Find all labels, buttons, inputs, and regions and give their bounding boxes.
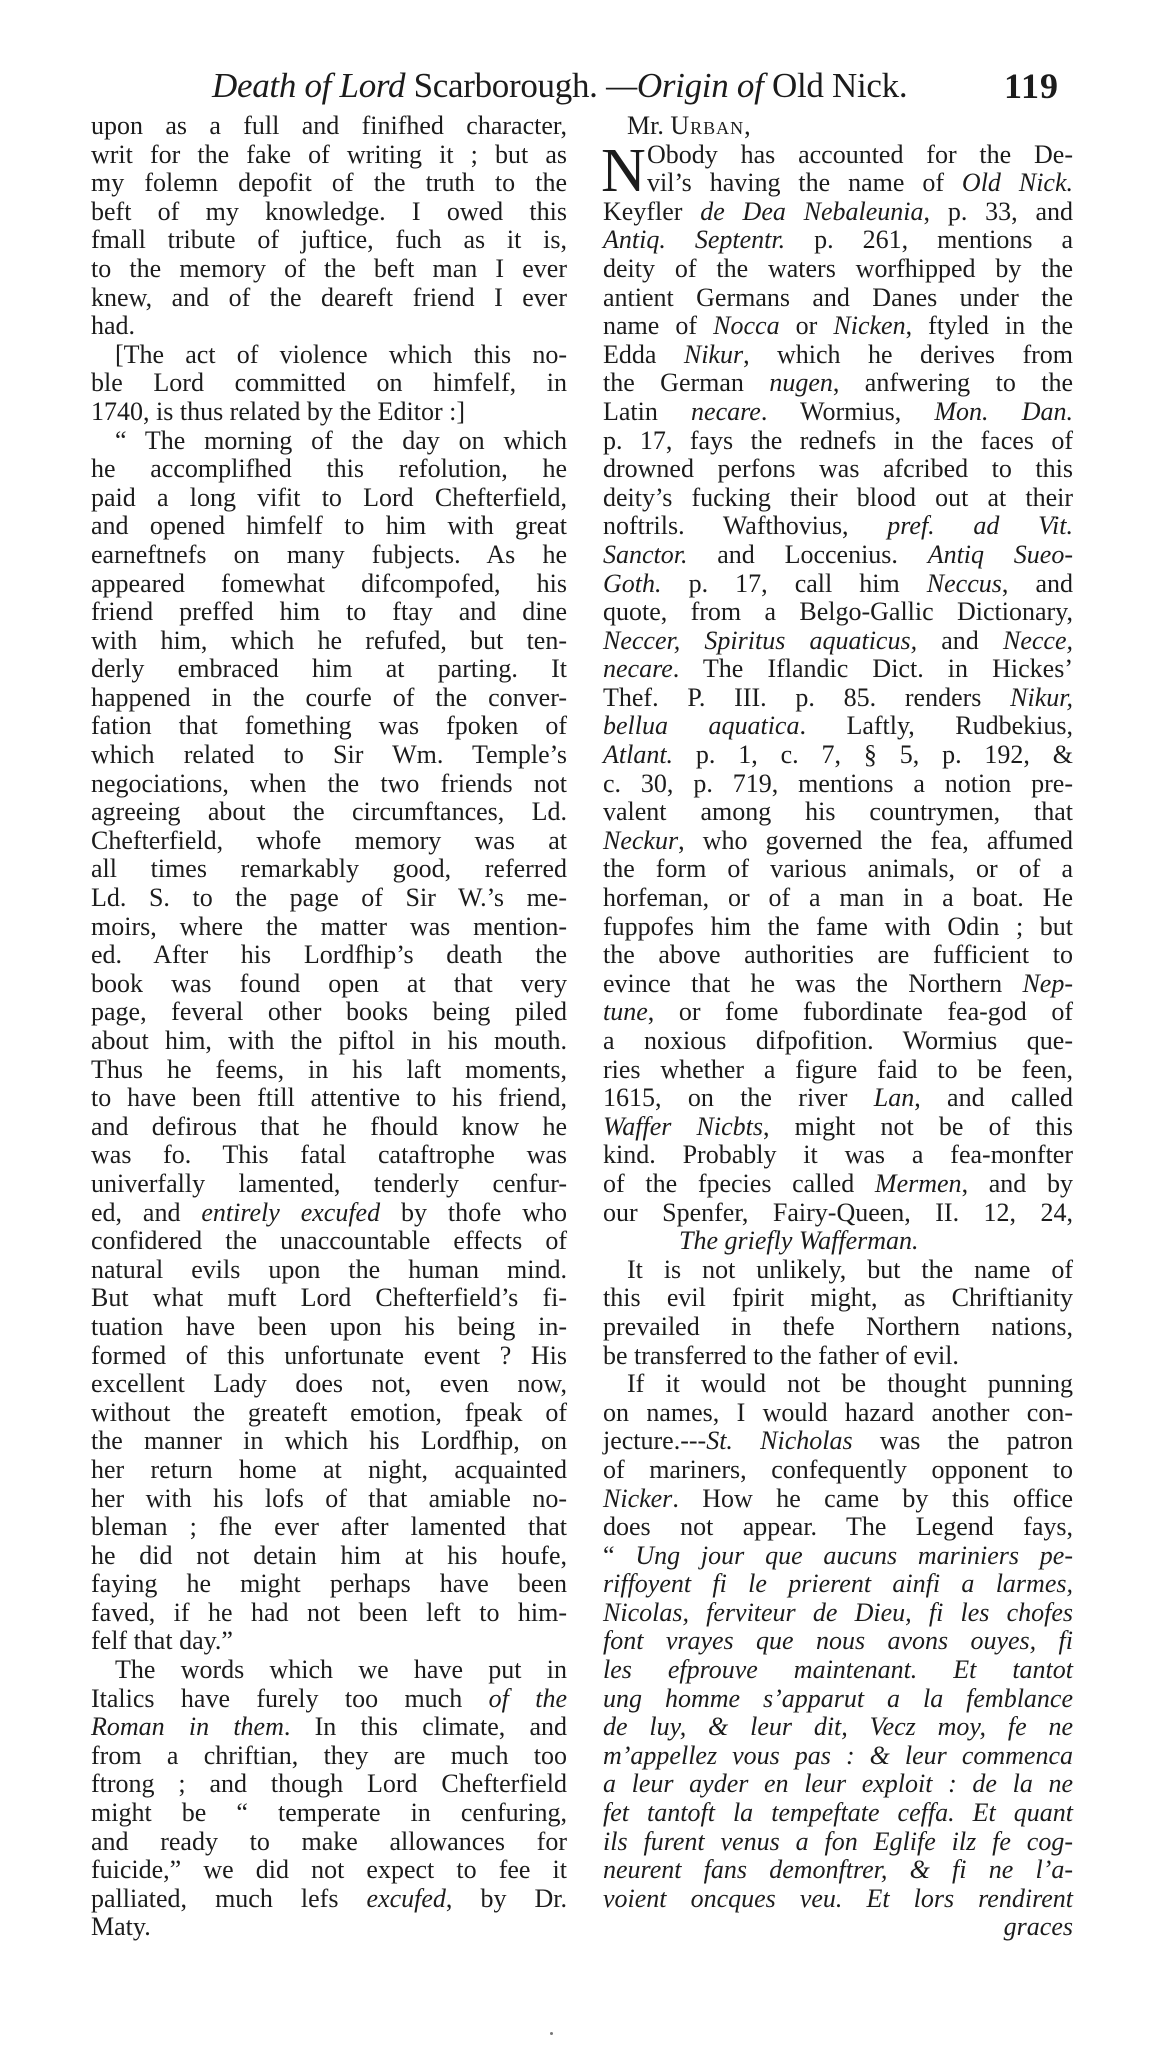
text-line: faying he might perhaps have been [91,1570,567,1599]
roman-run: and Loccenius. [688,540,928,569]
text-line: [The act of violence which this no- [91,341,567,370]
roman-run: 1615, on the river [603,1083,874,1112]
text-line: derly embraced him at parting. It [91,655,567,684]
text-line: ries whether a figure faid to be feen, [603,1056,1073,1085]
text-line: paid a long vifit to Lord Chefterfield, [91,484,567,513]
italic-run: a leur ayder en leur exploit : de la ne [603,1769,1073,1798]
roman-run: , or fome fubordinate fea-god of [648,997,1073,1026]
text-line: moirs, where the matter was mention- [91,913,567,942]
running-head-italic-1: Death of Lord [212,66,405,105]
text-line: The words which we have put in [91,1656,567,1685]
italic-run: Nicker [603,1484,672,1513]
text-line: vil’s having the name of Old Nick. [603,169,1073,198]
text-line: Latin necare. Wormius, Mon. Dan. [603,398,1073,427]
text-line: and opened himfelf to him with great [91,512,567,541]
italic-run: entirely excufed [201,1198,380,1227]
running-head-italic-2: —Origin of [606,66,763,105]
roman-run: , who governed the fea, affumed [678,826,1073,855]
text-line: happened in the courfe of the conver- [91,684,567,713]
text-line: necare. The Iflandic Dict. in Hickes’ [603,655,1073,684]
roman-run: Italics have furely too much [91,1684,489,1713]
roman-run: . Laftly, Rudbekius, [799,711,1073,740]
roman-run: , ftyled in the [906,311,1073,340]
text-line: felf that day.” [91,1627,567,1656]
italic-run: excufed [367,1884,446,1913]
text-line: noftrils. Wafthovius, pref. ad Vit. [603,512,1073,541]
text-line: Thef. P. III. p. 85. renders Nikur, [603,684,1073,713]
roman-run: or [780,311,834,340]
running-head-roman-2: Old Nick. [764,66,908,105]
text-line: and ready to make allowances for [91,1828,567,1857]
text-line: had. [91,312,567,341]
text-line: deity’s fucking their blood out at their [603,484,1073,513]
italic-run: Mon. Dan. [934,397,1073,426]
text-line: name of Nocca or Nicken, ftyled in the [603,312,1073,341]
text-line: page, feveral other books being piled [91,998,567,1027]
italic-run: Neckur [603,826,678,855]
text-line: friend preffed him to ftay and dine [91,598,567,627]
text-line: excellent Lady does not, even now, [91,1370,567,1399]
roman-run: . In this climate, and [284,1712,567,1741]
roman-run: . Wormius, [761,397,935,426]
text-line: ble Lord committed on himfelf, in [91,369,567,398]
roman-run: , anfwering to the [833,368,1073,397]
salutation-name: Urban [670,111,744,140]
text-line: he did not detain him at his houfe, [91,1542,567,1571]
italic-run: Sanctor. [603,540,688,569]
text-line: her return home at night, acquainted [91,1456,567,1485]
text-line: fation that fomething was fpoken of [91,712,567,741]
text-line: to have been ftill attentive to his frie… [91,1084,567,1113]
text-line: It is not unlikely, but the name of [603,1256,1073,1285]
text-line: ils furent venus a fon Eglife ilz fe cog… [603,1828,1073,1857]
text-line: Antiq. Septentr. p. 261, mentions a [603,226,1073,255]
text-line: all times remarkably good, referred [91,855,567,884]
italic-run: Neccer, Spiritus aquaticus, [603,626,917,655]
text-line: The griefly Wafferman. [603,1227,1073,1256]
roman-run: . How he came by this office [672,1484,1073,1513]
text-line: univerfally lamented, tenderly cenfur- [91,1170,567,1199]
roman-run: p. 261, mentions a [785,225,1073,254]
roman-run: noftrils. Wafthovius, [603,511,887,540]
text-line: about him, with the piftol in his mouth. [91,1027,567,1056]
text-line: natural evils upon the human mind. [91,1256,567,1285]
text-line: fmall tribute of juftice, fuch as it is, [91,226,567,255]
roman-run: of the fpecies called [603,1169,875,1198]
italic-run: Old Nick. [962,168,1073,197]
text-line: quote, from a Belgo-Gallic Dictionary, [603,598,1073,627]
roman-run: , and by [962,1169,1073,1198]
italic-run: Neccus [927,569,1002,598]
text-line: tune, or fome fubordinate fea-god of [603,998,1073,1027]
italic-run: Necce, [1003,626,1073,655]
italic-run: fet tantoft la tempeftate ceffa. Et quan… [603,1798,1073,1827]
italic-run: neurent fans demonftrer, & fi ne l’a- [603,1855,1073,1884]
text-line: he accomplifhed this refolution, he [91,455,567,484]
italic-run: Nikur, [1010,683,1073,712]
italic-run: font vrayes que nous avons ouyes, fi [603,1626,1073,1655]
italic-run: voient oncques veu. Et lors rendirent [603,1884,1073,1913]
text-line: Goth. p. 17, call him Neccus, and [603,570,1073,599]
text-line: Maty. [91,1913,567,1942]
roman-run: , might not be of this [763,1112,1073,1141]
roman-run: , which he derives from [743,340,1073,369]
italic-run: Lan [874,1083,914,1112]
text-line: formed of this unfortunate event ? His [91,1342,567,1371]
roman-run: , p. 33, and [924,197,1073,226]
italic-run: nugen [769,368,833,397]
drop-cap-block: N Obody has accounted for the De-vil’s h… [603,141,1073,1914]
text-line: Neckur, who governed the fea, affumed [603,827,1073,856]
text-line: Sanctor. and Loccenius. Antiq Sueo- [603,541,1073,570]
text-line: was fo. This fatal cataftrophe was [91,1141,567,1170]
roman-run: , and called [914,1083,1073,1112]
text-line: the manner in which his Lordfhip, on [91,1427,567,1456]
roman-run: name of [603,311,713,340]
text-line: with him, which he refufed, but ten- [91,627,567,656]
text-line: the German nugen, anfwering to the [603,369,1073,398]
text-line: bleman ; fhe ever after lamented that [91,1513,567,1542]
italic-run: necare [691,397,761,426]
salutation-prefix: Mr. [627,111,670,140]
italic-run: Nicken [833,311,905,340]
text-line: fet tantoft la tempeftate ceffa. Et quan… [603,1799,1073,1828]
text-line: Italics have furely too much of the [91,1685,567,1714]
text-line: c. 30, p. 719, mentions a notion pre- [603,770,1073,799]
roman-run: Edda [603,340,684,369]
roman-run: Thef. P. III. p. 85. renders [603,683,1010,712]
text-line: a noxious difpofition. Wormius que- [603,1027,1073,1056]
italic-run: of the [489,1684,567,1713]
text-line: without the greateft emotion, fpeak of [91,1399,567,1428]
right-column: Mr. Urban, N Obody has accounted for the… [603,112,1073,1942]
text-line: to the memory of the beft man I ever [91,255,567,284]
text-line: Chefterfield, whofe memory was at [91,827,567,856]
roman-run: palliated, much lefs [91,1884,367,1913]
roman-run: p. 1, c. 7, § 5, p. 192, & [673,740,1073,769]
text-line: If it would not be thought punning [603,1370,1073,1399]
text-line: fuppofes him the fame with Odin ; but [603,913,1073,942]
text-line: voient oncques veu. Et lors rendirent [603,1885,1073,1914]
text-line: horfeman, or of a man in a boat. He [603,884,1073,913]
italic-run: Roman in them [91,1712,284,1741]
italic-run: bellua aquatica [603,711,799,740]
italic-run: St. Nicholas [706,1426,852,1455]
text-line: the form of various animals, or of a [603,855,1073,884]
italic-run: m’appellez vous pas : & leur commenca [603,1741,1073,1770]
text-line: neurent fans demonftrer, & fi ne l’a- [603,1856,1073,1885]
text-line: riffoyent fi le prierent ainfi a larmes, [603,1570,1073,1599]
italic-run: riffoyent fi le prierent ainfi a larmes, [603,1569,1073,1598]
salutation-suffix: , [744,111,751,140]
roman-run: the German [603,368,769,397]
text-line: jecture.---St. Nicholas was the patron [603,1427,1073,1456]
roman-run: by thofe who [380,1198,567,1227]
roman-run: was the patron [853,1426,1073,1455]
text-line: tuation have been upon his being in- [91,1313,567,1342]
text-line: might be “ temperate in cenfuring, [91,1799,567,1828]
text-line: from a chriftian, they are much too [91,1742,567,1771]
text-line: a leur ayder en leur exploit : de la ne [603,1770,1073,1799]
text-line: les efprouve maintenant. Et tantot [603,1656,1073,1685]
text-line: confidered the unaccountable effects of [91,1227,567,1256]
roman-run: vil’s having the name of [647,168,962,197]
text-line: m’appellez vous pas : & leur commenca [603,1742,1073,1771]
text-line: the above authorities are fufficient to [603,941,1073,970]
text-line: ung homme s’apparut a la femblance [603,1685,1073,1714]
italic-run: Goth. [603,569,662,598]
text-line: 1740, is thus related by the Editor :] [91,398,567,427]
text-line: my folemn depofit of the truth to the [91,169,567,198]
text-line: fuicide,” we did not expect to fee it [91,1856,567,1885]
italic-run: pref. ad Vit. [887,511,1073,540]
text-line: Thus he feems, in his laft moments, [91,1056,567,1085]
italic-run: Nikur [684,340,743,369]
text-line: 1615, on the river Lan, and called [603,1084,1073,1113]
italic-run: Ung jour que aucuns mariniers pe- [635,1541,1073,1570]
italic-run: The griefly Wafferman. [679,1226,919,1255]
text-line: Neccer, Spiritus aquaticus, and Necce, [603,627,1073,656]
text-line: ed. After his Lordfhip’s death the [91,941,567,970]
text-line: kind. Probably it was a fea-monfter [603,1141,1073,1170]
text-line: on names, I would hazard another con- [603,1399,1073,1428]
text-line: Keyfler de Dea Nebaleunia, p. 33, and [603,198,1073,227]
text-line: our Spenfer, Fairy-Queen, II. 12, 24, [603,1199,1073,1228]
text-line: evince that he was the Northern Nep- [603,970,1073,999]
text-line: book was found open at that very [91,970,567,999]
text-line: valent among his countrymen, that [603,798,1073,827]
text-line: “ Ung jour que aucuns mariniers pe- [603,1542,1073,1571]
text-line: knew, and of the deareft friend I ever [91,284,567,313]
text-line: Roman in them. In this climate, and [91,1713,567,1742]
roman-run: . The Iflandic Dict. in Hickes’ [673,654,1073,683]
text-line: Obody has accounted for the De- [603,141,1073,170]
drop-cap: N [601,145,646,197]
text-line: and defirous that he fhould know he [91,1113,567,1142]
italic-run: necare [603,654,673,683]
text-line: her with his lofs of that amiable no- [91,1485,567,1514]
roman-run: p. 17, call him [662,569,927,598]
text-line: writ for the fake of writing it ; but as [91,141,567,170]
text-line: Waffer Nicbts, might not be of this [603,1113,1073,1142]
right-column-lines: Obody has accounted for the De-vil’s hav… [603,141,1073,1914]
text-line: ed, and entirely excufed by thofe who [91,1199,567,1228]
text-line: be transferred to the father of evil. [603,1342,1073,1371]
text-line: “ The morning of the day on which [91,427,567,456]
roman-run: evince that he was the Northern [603,969,1022,998]
roman-run: jecture.--- [603,1426,706,1455]
text-line: earneftnefs on many fubjects. As he [91,541,567,570]
text-line: appeared fomewhat difcompofed, his [91,570,567,599]
italic-run: ils furent venus a fon Eglife ilz fe cog… [603,1827,1073,1856]
roman-run: , and [1002,569,1073,598]
text-line: upon as a full and finifhed character, [91,112,567,141]
roman-run: Latin [603,397,691,426]
text-line: of the fpecies called Mermen, and by [603,1170,1073,1199]
text-line: bellua aquatica. Laftly, Rudbekius, [603,712,1073,741]
text-line: Atlant. p. 1, c. 7, § 5, p. 192, & [603,741,1073,770]
text-line: But what muft Lord Chefterfield’s fi- [91,1284,567,1313]
text-line: p. 17, fays the rednefs in the faces of [603,427,1073,456]
italic-run: Nocca [713,311,779,340]
italic-run: de Dea Nebaleunia [700,197,923,226]
italic-run: Antiq Sueo- [928,540,1073,569]
italic-run: les efprouve maintenant. Et tantot [603,1655,1073,1684]
italic-run: Nep- [1022,969,1073,998]
text-line: beft of my knowledge. I owed this [91,198,567,227]
text-line: of mariners, confequently opponent to [603,1456,1073,1485]
text-line: palliated, much lefs excufed, by Dr. [91,1885,567,1914]
italic-run: Atlant. [603,740,673,769]
text-line: Nicolas, ferviteur de Dieu, fi les chofe… [603,1599,1073,1628]
text-line: agreeing about the circumftances, Ld. [91,798,567,827]
roman-run: and [917,626,1003,655]
running-head: Death of Lord Scarborough. —Origin of Ol… [212,64,907,108]
text-line: Ld. S. to the page of Sir W.’s me- [91,884,567,913]
text-line: prevailed in thefe Northern nations, [603,1313,1073,1342]
italic-run: ung homme s’apparut a la femblance [603,1684,1073,1713]
text-line: does not appear. The Legend fays, [603,1513,1073,1542]
text-line: Nicker. How he came by this office [603,1485,1073,1514]
running-head-roman-1: Scarborough. [405,66,606,105]
text-line: which related to Sir Wm. Temple’s [91,741,567,770]
roman-run: “ [603,1541,635,1570]
text-line: antient Germans and Danes under the [603,284,1073,313]
catchword: graces [603,1913,1073,1942]
text-line: drowned perfons was afcribed to this [603,455,1073,484]
italic-run: Waffer Nicbts [603,1112,763,1141]
page-speck [550,2032,553,2035]
italic-run: Mermen [875,1169,962,1198]
roman-run: , by Dr. [446,1884,567,1913]
left-column: upon as a full and finifhed character,wr… [91,112,567,1942]
page-number: 119 [1004,64,1059,108]
page-header: Death of Lord Scarborough. —Origin of Ol… [0,0,1170,120]
italic-run: Antiq. Septentr. [603,225,785,254]
text-line: de luy, & leur dit, Vecz moy, fe ne [603,1713,1073,1742]
italic-run: tune [603,997,648,1026]
text-line: this evil fpirit might, as Chriftianity [603,1284,1073,1313]
italic-run: de luy, & leur dit, Vecz moy, fe ne [603,1712,1073,1741]
italic-run: Nicolas, ferviteur de Dieu, fi les chofe… [603,1598,1073,1627]
text-line: font vrayes que nous avons ouyes, fi [603,1627,1073,1656]
text-line: negociations, when the two friends not [91,770,567,799]
text-line: ftrong ; and though Lord Chefterfield [91,1770,567,1799]
salutation: Mr. Urban, [603,112,1073,141]
text-line: faved, if he had not been left to him- [91,1599,567,1628]
roman-run: ed, and [91,1198,201,1227]
text-line: Edda Nikur, which he derives from [603,341,1073,370]
text-line: deity of the waters worfhipped by the [603,255,1073,284]
